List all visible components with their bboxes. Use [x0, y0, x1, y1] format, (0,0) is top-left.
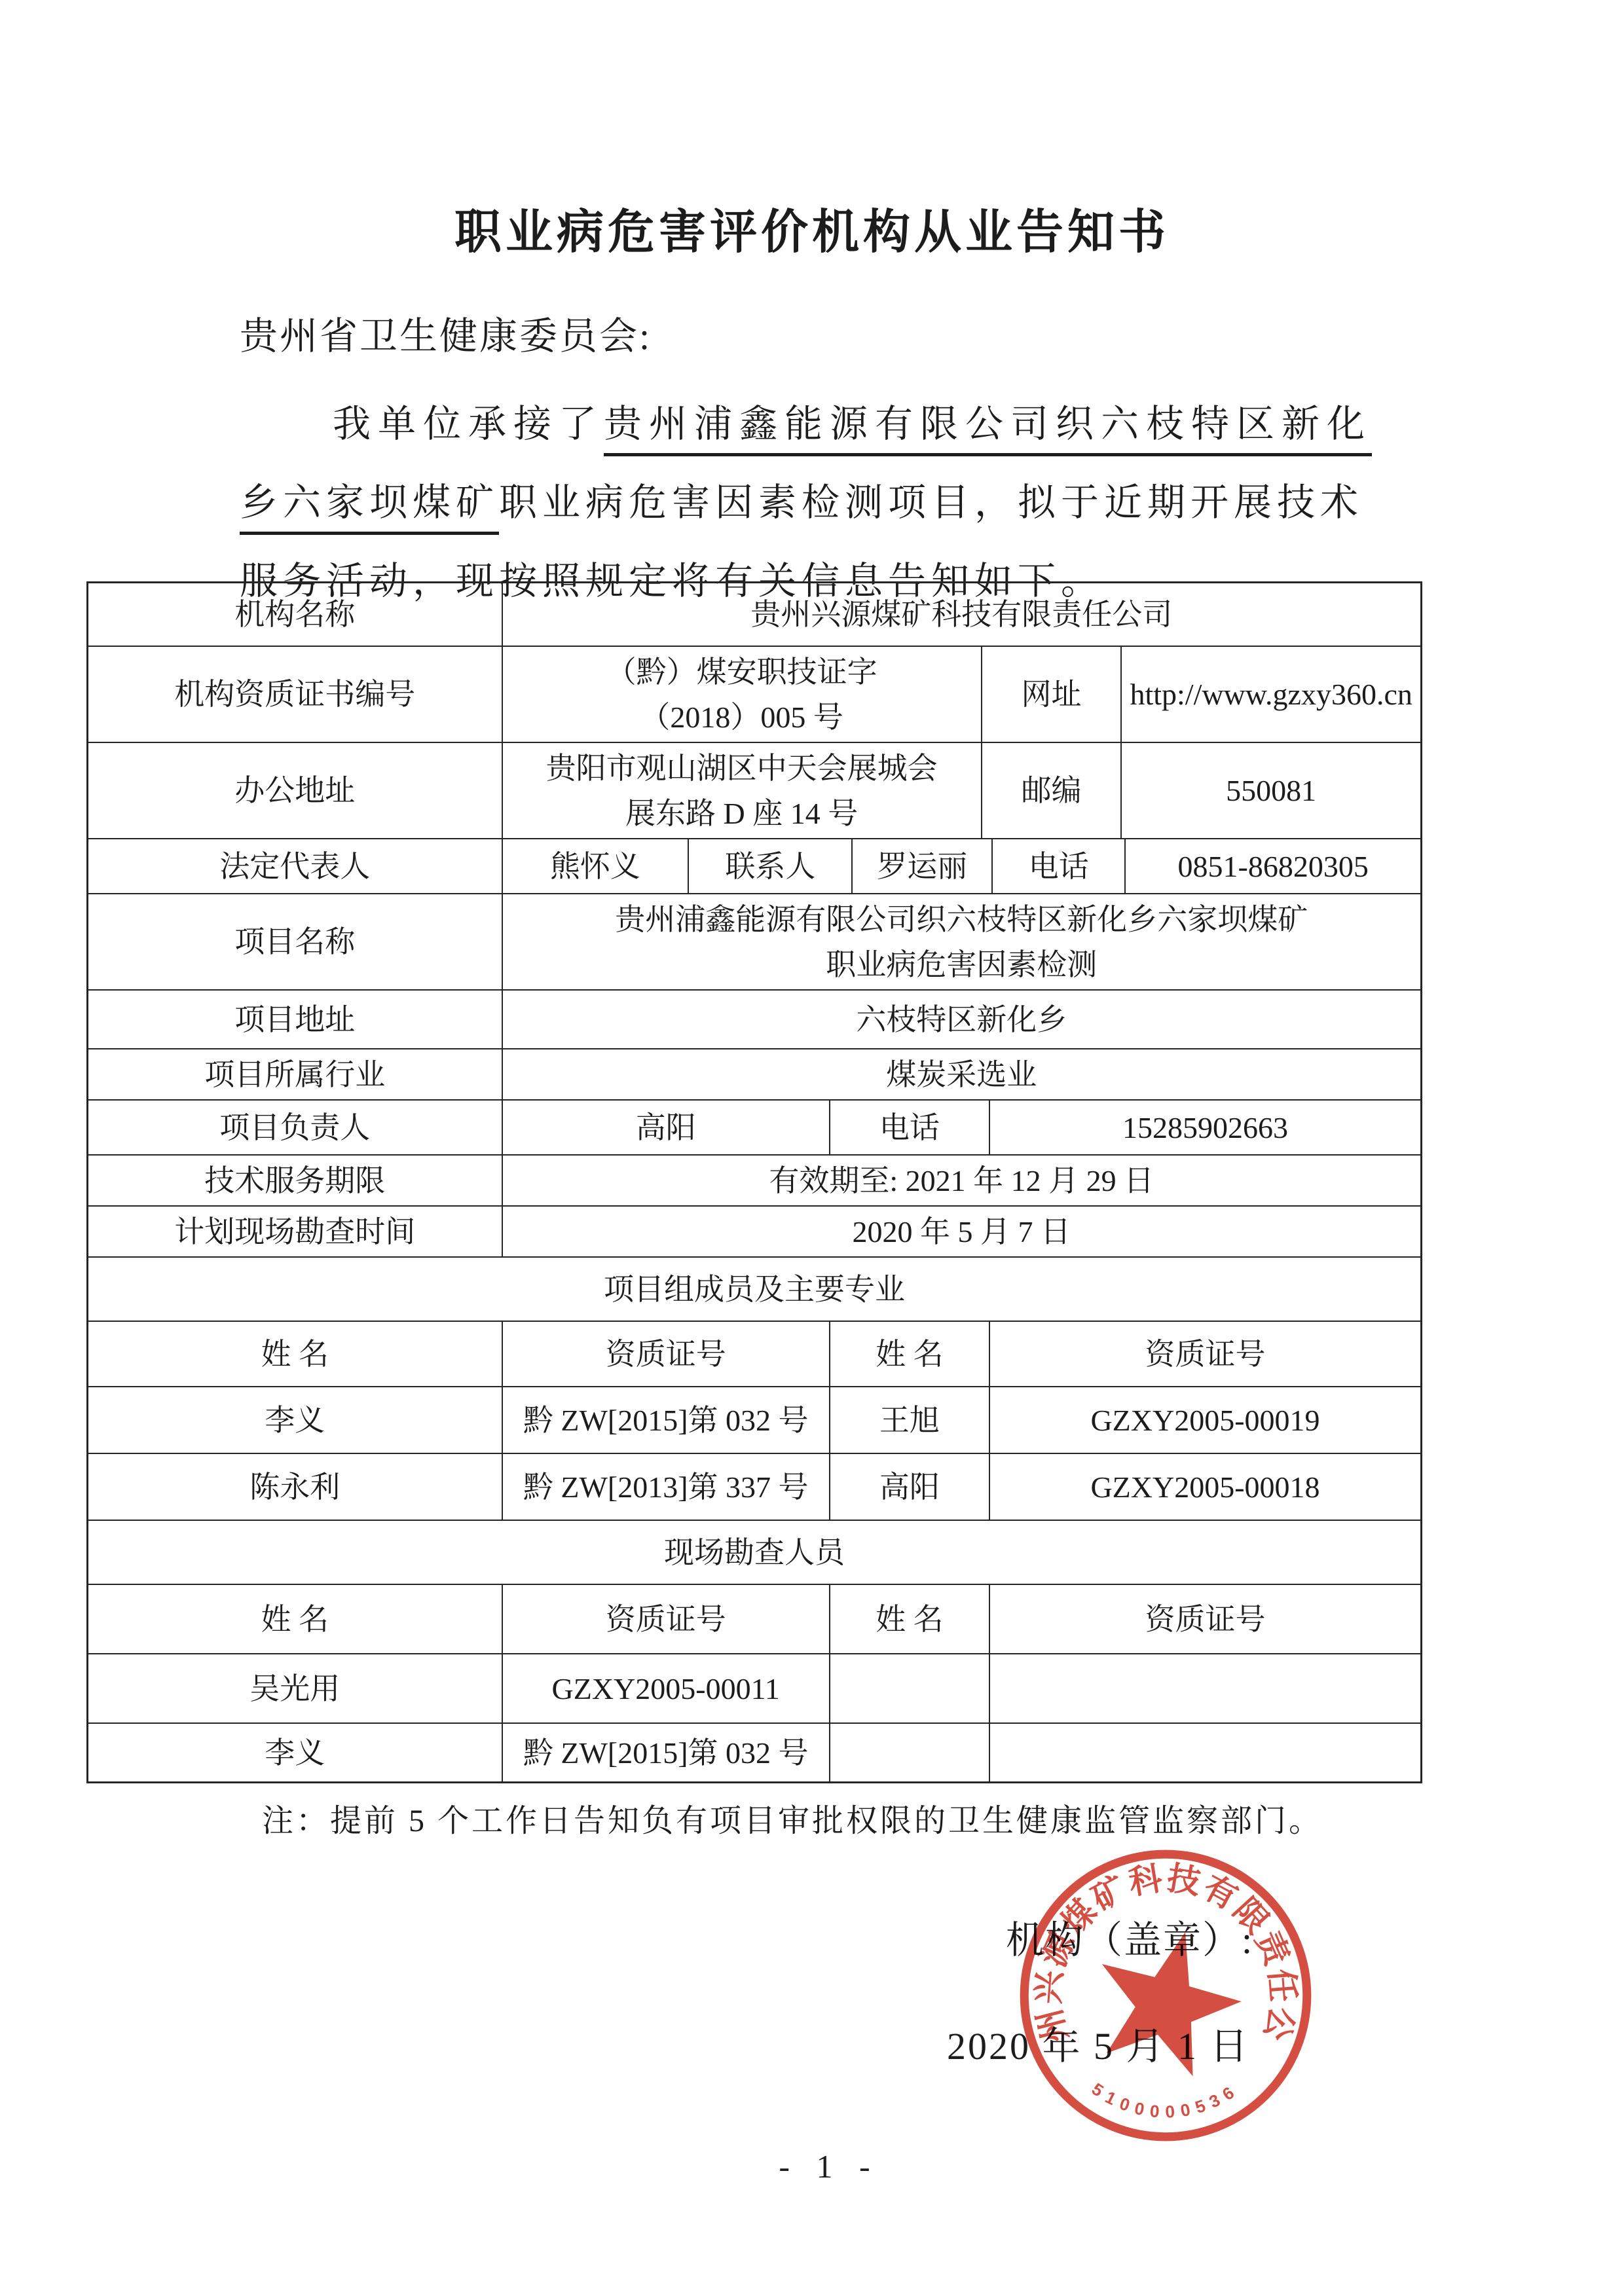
- surveyor-cert-2: [989, 1654, 1420, 1722]
- cert-label: 机构资质证书编号: [88, 647, 502, 742]
- website-label: 网址: [981, 647, 1121, 742]
- name-header-2: 姓 名: [829, 1322, 989, 1386]
- leader-label: 项目负责人: [88, 1101, 502, 1154]
- salutation: 贵州省卫生健康委员会:: [240, 305, 652, 360]
- page-title: 职业病危害评价机构从业告知书: [0, 194, 1624, 262]
- project-name-value: 贵州浦鑫能源有限公司织六枝特区新化乡六家坝煤矿 职业病危害因素检测: [502, 894, 1420, 989]
- website-value: http://www.gzxy360.cn: [1120, 647, 1420, 742]
- member-name-2: 高阳: [829, 1454, 989, 1520]
- zip-value: 550081: [1120, 743, 1420, 838]
- member-cert-2: GZXY2005-00018: [989, 1454, 1420, 1520]
- cert-value-line2: （2018）005 号: [640, 695, 843, 740]
- table-row-survey-header: 现场勘查人员: [88, 1520, 1420, 1584]
- stamp-serial-text: 5100000536: [1088, 2079, 1244, 2122]
- member-name: 李义: [88, 1387, 502, 1453]
- survey-time-label: 计划现场勘查时间: [88, 1207, 502, 1256]
- underlined-client-name-part1: 贵州浦鑫能源有限公司织六枝特区新化: [604, 403, 1372, 456]
- org-name-label: 机构名称: [88, 583, 502, 646]
- table-row-survey-time: 计划现场勘查时间 2020 年 5 月 7 日: [88, 1205, 1420, 1256]
- members-header: 项目组成员及主要专业: [88, 1258, 1420, 1321]
- table-row-survey-columns: 姓 名 资质证号 姓 名 资质证号: [88, 1584, 1420, 1653]
- table-row-project-name: 项目名称 贵州浦鑫能源有限公司织六枝特区新化乡六家坝煤矿 职业病危害因素检测: [88, 893, 1420, 989]
- underlined-client-name-part2: 乡六家坝煤矿: [240, 481, 499, 535]
- industry-value: 煤炭采选业: [502, 1049, 1420, 1099]
- project-name-line2: 职业病危害因素检测: [826, 942, 1097, 987]
- office-value: 贵阳市观山湖区中天会展城会 展东路 D 座 14 号: [502, 743, 981, 838]
- table-row-members-columns: 姓 名 资质证号 姓 名 资质证号: [88, 1321, 1420, 1386]
- office-value-line1: 贵阳市观山湖区中天会展城会: [546, 746, 938, 791]
- project-addr-label: 项目地址: [88, 991, 502, 1048]
- contact-label: 联系人: [688, 839, 851, 893]
- zip-label: 邮编: [981, 743, 1121, 838]
- svg-text:5100000536: 5100000536: [1088, 2079, 1244, 2122]
- table-row-service-period: 技术服务期限 有效期至: 2021 年 12 月 29 日: [88, 1154, 1420, 1205]
- cert-no-header-1: 资质证号: [502, 1322, 829, 1386]
- document-page: 职业病危害评价机构从业告知书 贵州省卫生健康委员会: 我单位承接了贵州浦鑫能源有…: [0, 0, 1624, 2296]
- survey-header: 现场勘查人员: [88, 1521, 1420, 1584]
- table-row-surveyor-1: 吴光用 GZXY2005-00011: [88, 1653, 1420, 1722]
- table-row-industry: 项目所属行业 煤炭采选业: [88, 1048, 1420, 1099]
- name-header-4: 姓 名: [829, 1585, 989, 1653]
- table-row-project-addr: 项目地址 六枝特区新化乡: [88, 989, 1420, 1048]
- member-name-2: 王旭: [829, 1387, 989, 1453]
- member-cert: 黔 ZW[2013]第 337 号: [502, 1454, 829, 1520]
- footnote: 注：提前 5 个工作日告知负有项目审批权限的卫生健康监管监察部门。: [262, 1795, 1323, 1840]
- legal-rep-value: 熊怀义: [502, 839, 688, 893]
- table-row-leader: 项目负责人 高阳 电话 15285902663: [88, 1099, 1420, 1154]
- leader-phone-value: 15285902663: [989, 1101, 1420, 1154]
- cert-value: （黔）煤安职技证字 （2018）005 号: [502, 647, 981, 742]
- table-row-members-header: 项目组成员及主要专业: [88, 1256, 1420, 1321]
- table-row-member-2: 陈永利 黔 ZW[2013]第 337 号 高阳 GZXY2005-00018: [88, 1453, 1420, 1520]
- project-addr-value: 六枝特区新化乡: [502, 991, 1420, 1048]
- surveyor-cert: 黔 ZW[2015]第 032 号: [502, 1724, 829, 1781]
- phone-value: 0851-86820305: [1124, 839, 1420, 893]
- member-cert-2: GZXY2005-00019: [989, 1387, 1420, 1453]
- office-value-line2: 展东路 D 座 14 号: [625, 791, 858, 836]
- table-row-office: 办公地址 贵阳市观山湖区中天会展城会 展东路 D 座 14 号 邮编 55008…: [88, 742, 1420, 838]
- phone-label: 电话: [991, 839, 1124, 893]
- body-line-1: 我单位承接了贵州浦鑫能源有限公司织六枝特区新化: [240, 393, 1392, 448]
- body-line-2: 乡六家坝煤矿职业病危害因素检测项目，拟于近期开展技术: [240, 471, 1392, 526]
- service-period-value: 有效期至: 2021 年 12 月 29 日: [502, 1156, 1420, 1205]
- surveyor-name-2: [829, 1654, 989, 1722]
- legal-rep-label: 法定代表人: [88, 839, 502, 893]
- name-header-1: 姓 名: [88, 1322, 502, 1386]
- contact-value: 罗运丽: [851, 839, 991, 893]
- survey-time-value: 2020 年 5 月 7 日: [502, 1207, 1420, 1256]
- member-cert: 黔 ZW[2015]第 032 号: [502, 1387, 829, 1453]
- table-row-cert: 机构资质证书编号 （黔）煤安职技证字 （2018）005 号 网址 http:/…: [88, 646, 1420, 742]
- leader-phone-label: 电话: [829, 1101, 989, 1154]
- stamp-star-icon: [1102, 1932, 1242, 2076]
- surveyor-cert: GZXY2005-00011: [502, 1654, 829, 1722]
- table-row-org-name: 机构名称 贵州兴源煤矿科技有限责任公司: [88, 583, 1420, 646]
- leader-value: 高阳: [502, 1101, 829, 1154]
- body-line-2-rest: 职业病危害因素检测项目，拟于近期开展技术: [499, 481, 1363, 524]
- office-label: 办公地址: [88, 743, 502, 838]
- name-header-3: 姓 名: [88, 1585, 502, 1653]
- cert-no-header-2: 资质证号: [989, 1322, 1420, 1386]
- table-row-surveyor-2: 李义 黔 ZW[2015]第 032 号: [88, 1722, 1420, 1781]
- table-row-member-1: 李义 黔 ZW[2015]第 032 号 王旭 GZXY2005-00019: [88, 1386, 1420, 1453]
- cert-no-header-3: 资质证号: [502, 1585, 829, 1653]
- surveyor-name-2: [829, 1724, 989, 1781]
- surveyor-cert-2: [989, 1724, 1420, 1781]
- org-name-value: 贵州兴源煤矿科技有限责任公司: [502, 583, 1420, 646]
- cert-value-line1: （黔）煤安职技证字: [606, 649, 877, 695]
- surveyor-name: 吴光用: [88, 1654, 502, 1722]
- company-stamp-icon: 贵州兴源煤矿科技有限责任公司 5100000536: [1007, 1837, 1324, 2154]
- surveyor-name: 李义: [88, 1724, 502, 1781]
- body-line-1-pre: 我单位承接了: [333, 403, 604, 445]
- industry-label: 项目所属行业: [88, 1049, 502, 1099]
- service-period-label: 技术服务期限: [88, 1156, 502, 1205]
- table-row-legal-rep: 法定代表人 熊怀义 联系人 罗运丽 电话 0851-86820305: [88, 838, 1420, 893]
- page-number: - 1 -: [724, 2147, 934, 2185]
- info-table: 机构名称 贵州兴源煤矿科技有限责任公司 机构资质证书编号 （黔）煤安职技证字 （…: [86, 581, 1422, 1783]
- project-name-label: 项目名称: [88, 894, 502, 989]
- member-name: 陈永利: [88, 1454, 502, 1520]
- project-name-line1: 贵州浦鑫能源有限公司织六枝特区新化乡六家坝煤矿: [615, 897, 1308, 942]
- cert-no-header-4: 资质证号: [989, 1585, 1420, 1653]
